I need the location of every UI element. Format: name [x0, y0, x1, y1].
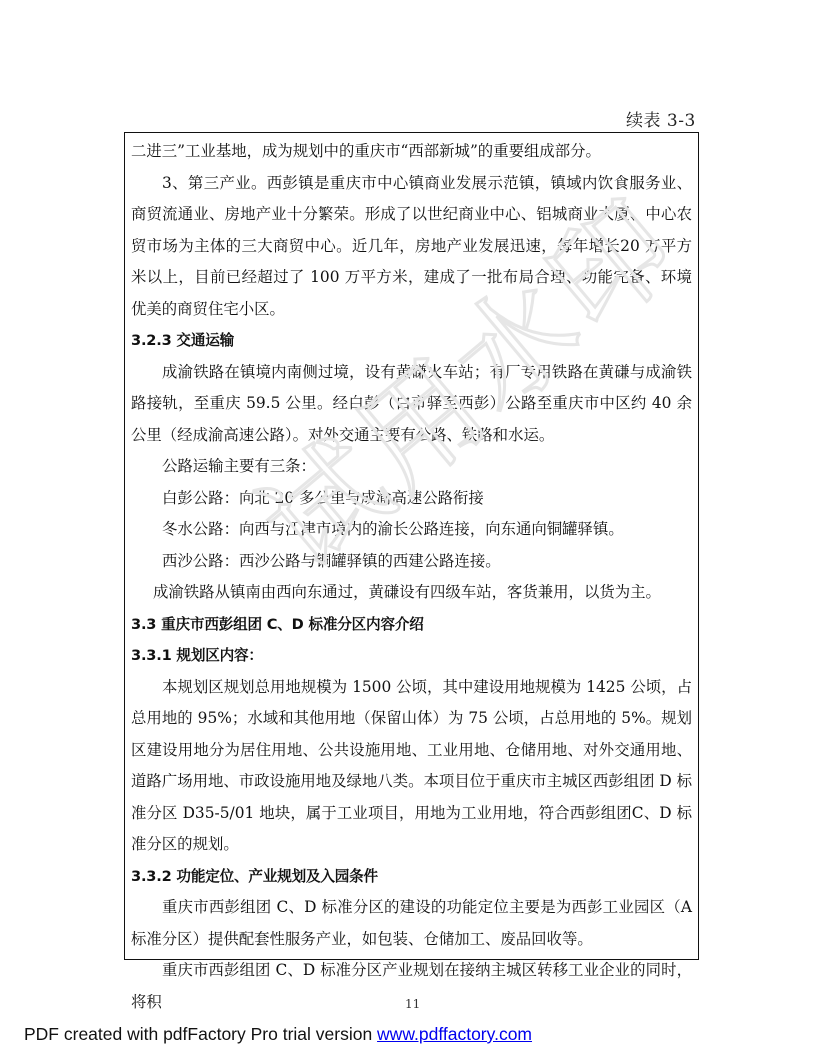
paragraph-tertiary-industry: 3、第三产业。西彭镇是重庆市中心镇商业发展示范镇，镇域内饮食服务业、商贸流通业、… [131, 168, 692, 326]
heading-3-2-3: 3.2.3 交通运输 [131, 325, 692, 357]
page-number: 11 [405, 997, 420, 1011]
table-caption: 续表 3-3 [626, 106, 696, 131]
heading-3-3-2: 3.3.2 功能定位、产业规划及入园条件 [131, 861, 692, 893]
paragraph-function-positioning: 重庆市西彭组团 C、D 标准分区的建设的功能定位主要是为西彭工业园区（A 标准分… [131, 892, 692, 955]
paragraph-roads-intro: 公路运输主要有三条： [131, 451, 692, 483]
document-body: 二进三”工业基地，成为规划中的重庆市“西部新城”的重要组成部分。 3、第三产业。… [131, 136, 692, 1018]
heading-3-3-1: 3.3.1 规划区内容： [131, 640, 692, 672]
paragraph-planning-area: 本规划区规划总用地规模为 1500 公顷，其中建设用地规模为 1425 公顷，占… [131, 672, 692, 861]
paragraph-railway: 成渝铁路在镇境内南侧过境，设有黄磏火车站；有厂专用铁路在黄磏与成渝铁路接轨，至重… [131, 357, 692, 452]
paragraph-continued: 二进三”工业基地，成为规划中的重庆市“西部新城”的重要组成部分。 [131, 136, 692, 168]
paragraph-xisha-road: 西沙公路：西沙公路与铜罐驿镇的西建公路连接。 [131, 546, 692, 578]
pdffactory-link[interactable]: www.pdffactory.com [377, 1024, 532, 1044]
pdf-footer: PDF created with pdfFactory Pro trial ve… [24, 1024, 532, 1045]
heading-3-3: 3.3 重庆市西彭组团 C、D 标准分区内容介绍 [131, 609, 692, 641]
footer-text: PDF created with pdfFactory Pro trial ve… [24, 1024, 377, 1044]
paragraph-baipeng-road: 白彭公路：向北 20 多公里与成渝高速公路衔接 [131, 483, 692, 515]
paragraph-dongshui-road: 冬水公路：向西与江津市境内的渝长公路连接，向东通向铜罐驿镇。 [131, 514, 692, 546]
paragraph-chengyu-railway: 成渝铁路从镇南由西向东通过，黄磏设有四级车站，客货兼用，以货为主。 [131, 577, 692, 609]
